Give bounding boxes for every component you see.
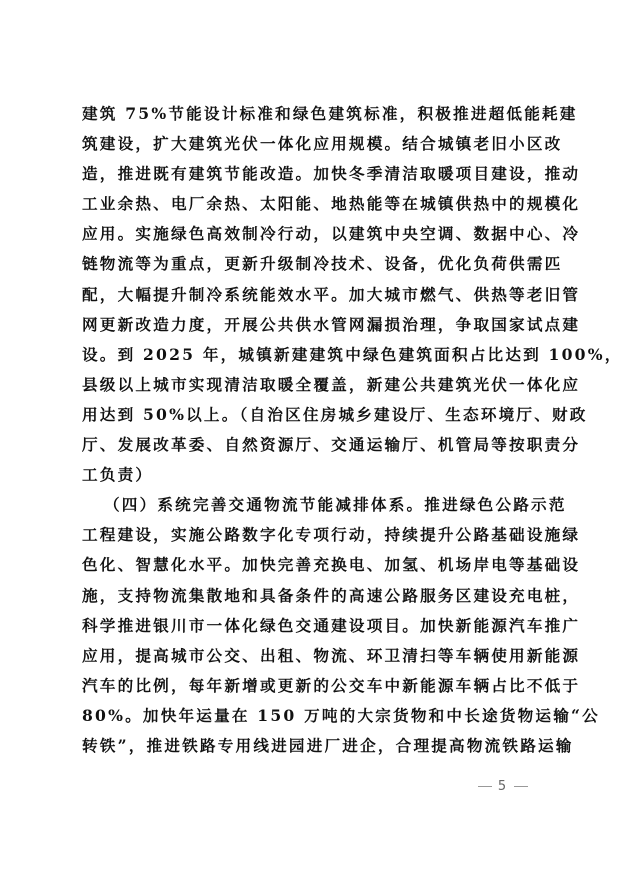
text-line: 应用。实施绿色高效制冷行动，以建筑中央空调、数据中心、冷	[82, 219, 542, 249]
text-line: 用达到 50%以上。（自治区住房城乡建设厅、生态环境厅、财政	[82, 400, 542, 430]
dash-left	[478, 786, 492, 787]
text-line: 色化、智慧化水平。加快完善充换电、加氢、机场岸电等基础设	[82, 550, 542, 580]
text-line: 80%。加快年运量在 150 万吨的大宗货物和中长途货物运输“公	[82, 701, 542, 731]
text-line: 工负责）	[82, 460, 542, 490]
text-line: 配，大幅提升制冷系统能效水平。加大城市燃气、供热等老旧管	[82, 280, 542, 310]
document-body: 建筑 75%节能设计标准和绿色建筑标准，积极推进超低能耗建 筑建设，扩大建筑光伏…	[82, 99, 542, 761]
text-line: 设。到 2025 年，城镇新建建筑中绿色建筑面积占比达到 100%，	[82, 340, 542, 370]
text-line: 工程建设，实施公路数字化专项行动，持续提升公路基础设施绿	[82, 520, 542, 550]
text-line: 厅、发展改革委、自然资源厅、交通运输厅、机管局等按职责分	[82, 430, 542, 460]
text-line: 筑建设，扩大建筑光伏一体化应用规模。结合城镇老旧小区改	[82, 129, 542, 159]
dash-right	[514, 786, 528, 787]
text-line: 科学推进银川市一体化绿色交通建设项目。加快新能源汽车推广	[82, 611, 542, 641]
section-heading-line: （四）系统完善交通物流节能减排体系。推进绿色公路示范	[82, 490, 542, 520]
text-line: 网更新改造力度，开展公共供水管网漏损治理，争取国家试点建	[82, 310, 542, 340]
text-line: 造，推进既有建筑节能改造。加快冬季清洁取暖项目建设，推动	[82, 159, 542, 189]
text-line: 转铁”，推进铁路专用线进园进厂进企，合理提高物流铁路运输	[82, 731, 542, 761]
text-line: 应用，提高城市公交、出租、物流、环卫清扫等车辆使用新能源	[82, 641, 542, 671]
text-line: 工业余热、电厂余热、太阳能、地热能等在城镇供热中的规模化	[82, 189, 542, 219]
text-line: 汽车的比例，每年新增或更新的公交车中新能源车辆占比不低于	[82, 671, 542, 701]
text-line: 建筑 75%节能设计标准和绿色建筑标准，积极推进超低能耗建	[82, 99, 542, 129]
text-line: 施，支持物流集散地和具备条件的高速公路服务区建设充电桩，	[82, 581, 542, 611]
text-line: 链物流等为重点，更新升级制冷技术、设备，优化负荷供需匹	[82, 249, 542, 279]
text-line: 县级以上城市实现清洁取暖全覆盖，新建公共建筑光伏一体化应	[82, 370, 542, 400]
page-number-footer: 5	[468, 779, 538, 794]
page-number: 5	[498, 779, 508, 794]
